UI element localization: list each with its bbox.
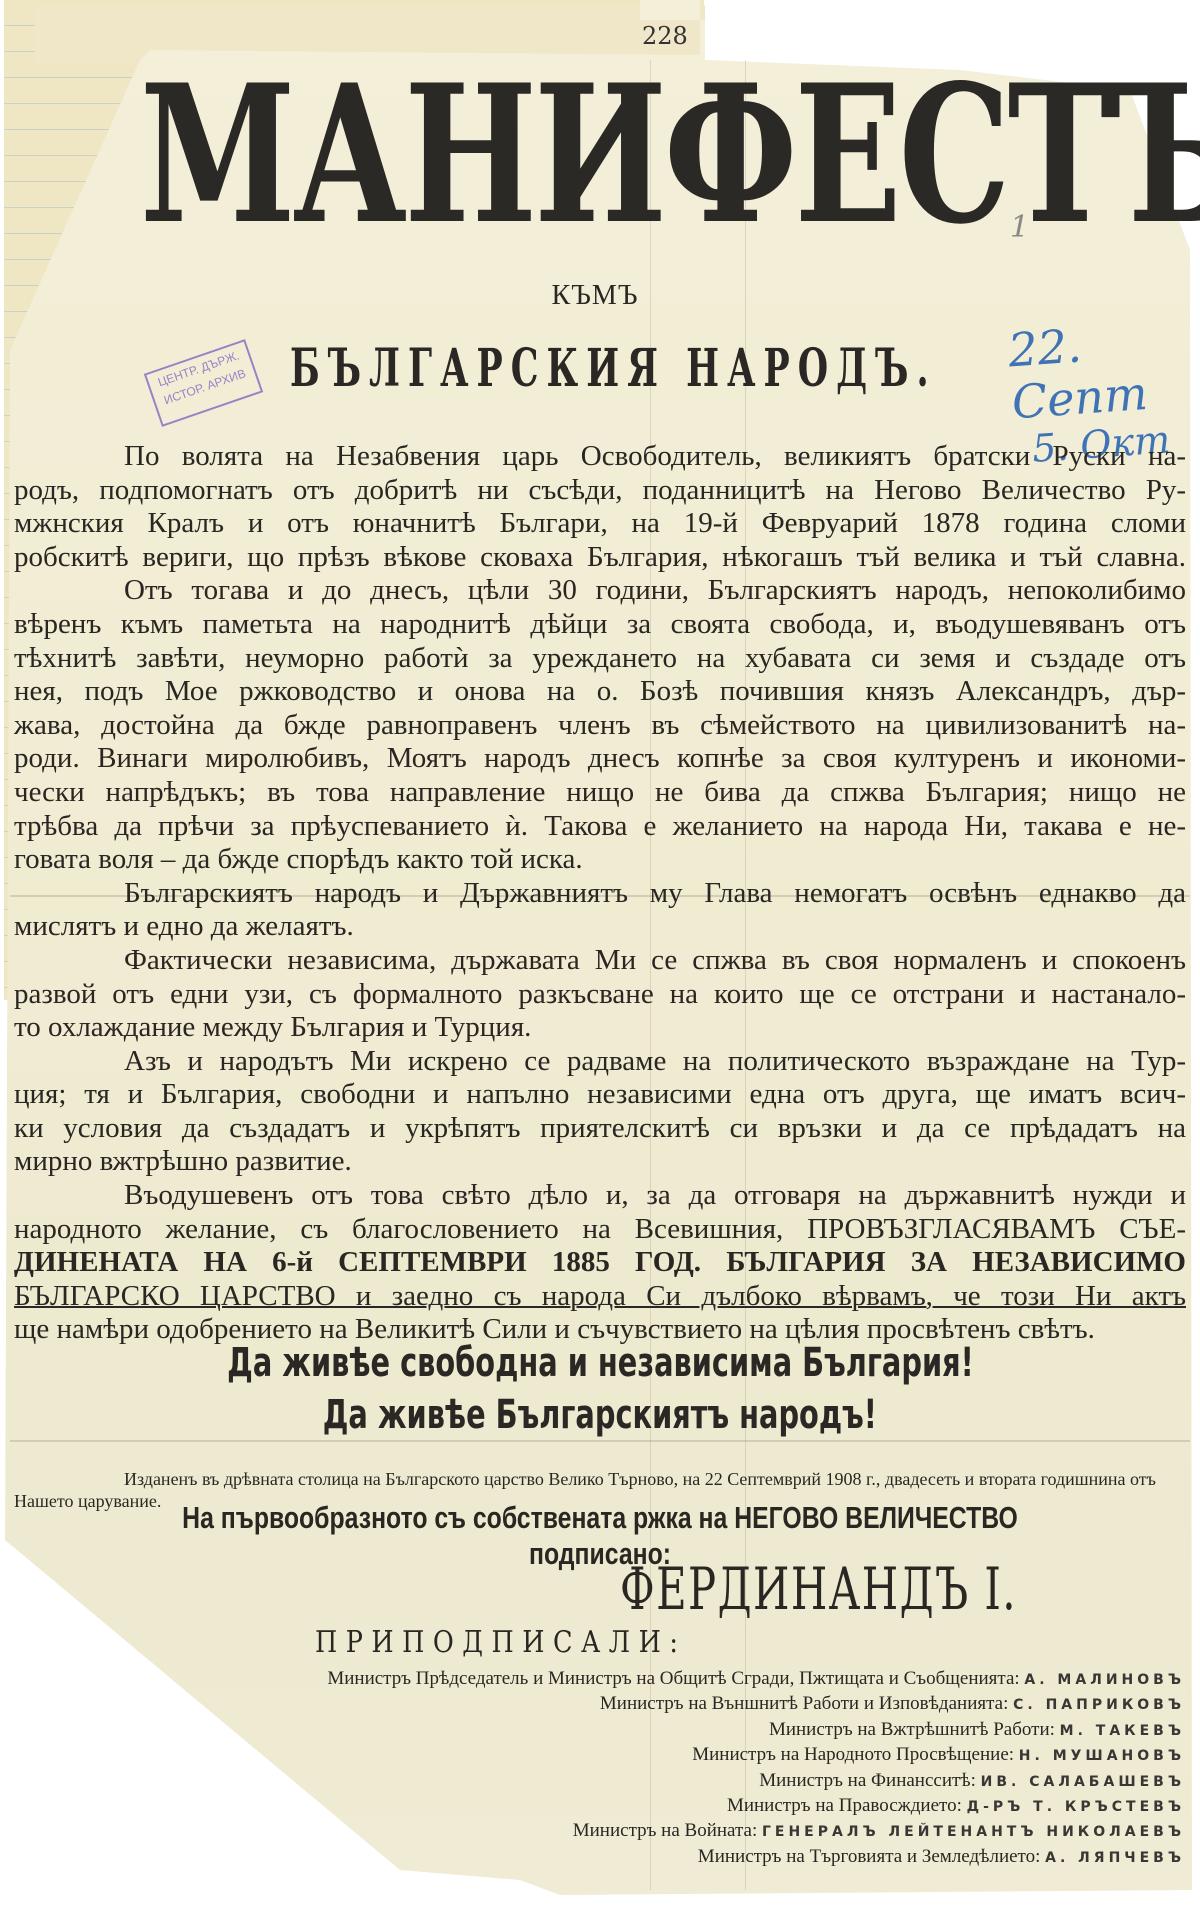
body-line: говата воля – да бжде спорѣдъ както той … xyxy=(14,843,1186,877)
body-line: то охлаждание между България и Турция. xyxy=(14,1011,1186,1045)
handwritten-line: 22. Септ xyxy=(1007,312,1199,429)
monarch-signature: ФЕРДИНАНДЪ I. xyxy=(620,1555,1017,1623)
body-line: развой отъ едни узи, съ формалното разкъ… xyxy=(14,978,1186,1012)
pencil-mark: 1 xyxy=(1010,210,1029,245)
minister-row: Министръ на Народното Просвѣщение: Н. МУ… xyxy=(185,1743,1185,1768)
body-line: народното желание, съ благословението на… xyxy=(14,1213,1186,1247)
title-preposition: КЪМЪ xyxy=(0,280,1200,312)
body-line: мислятъ и едно да желаятъ. xyxy=(14,910,1186,944)
body-line: нея, подъ Мое ржководство и онова на о. … xyxy=(14,675,1186,709)
body-line: По волята на Незабвения царь Освободител… xyxy=(14,440,1186,474)
minister-row: Министръ на Търговията и Земледѣлието: А… xyxy=(185,1845,1185,1870)
minister-name: А. МАЛИНОВЪ xyxy=(1024,1672,1185,1688)
minister-row: Министръ на Външнитѣ Работи и Изповѣдани… xyxy=(185,1692,1185,1717)
ministers-list: Министръ Прѣдседатель и Министръ на Общи… xyxy=(185,1667,1185,1870)
minister-name: Н. МУШАНОВЪ xyxy=(1019,1748,1185,1764)
body-line: ки условия да създадатъ и укрѣпятъ прият… xyxy=(14,1112,1186,1146)
minister-name: А. ЛЯПЧЕВЪ xyxy=(1045,1850,1185,1866)
body-line: жава, достойна да бжде равноправенъ член… xyxy=(14,709,1186,743)
document-subtitle: БЪЛГАРСКИЯ НАРОДЪ. xyxy=(290,338,705,399)
minister-row: Министръ на Финансситѣ: ИВ. САЛАБАШЕВЪ xyxy=(185,1769,1185,1794)
minister-name: ИВ. САЛАБАШЕВЪ xyxy=(981,1774,1185,1790)
body-line: Въодушевенъ отъ това свѣто дѣло и, за да… xyxy=(14,1179,1186,1213)
minister-row: Министръ на Вжтрѣшнитѣ Работи: М. ТАКЕВЪ xyxy=(185,1718,1185,1743)
body-line: ция; тя и България, свободни и напълно н… xyxy=(14,1078,1186,1112)
body-line: робскитѣ вериги, що прѣзъ вѣкове сковаха… xyxy=(14,541,1186,575)
body-line: чески напрѣдъкъ; въ това направление нищ… xyxy=(14,776,1186,810)
body-line: Отъ тогава и до днесъ, цѣли 30 години, Б… xyxy=(14,574,1186,608)
body-line: вѣренъ къмъ паметьта на народнитѣ дѣйци … xyxy=(14,608,1186,642)
countersigned-heading: ПРИПОДПИСАЛИ: xyxy=(315,1625,686,1660)
body-line: тѣхнитѣ завѣти, неуморно работѝ за урежд… xyxy=(14,642,1186,676)
slogan-bulgarian-people: Да живѣе Българскиятъ народъ! xyxy=(0,1392,1200,1438)
body-line: Фактически независима, държавата Ми се с… xyxy=(14,944,1186,978)
manifesto-body: По волята на Незабвения царь Освободител… xyxy=(14,440,1186,1347)
body-line: Българскиятъ народъ и Държавниятъ му Гла… xyxy=(14,877,1186,911)
proclamation-line: ДИНЕНАТА НА 6-й СЕПТЕМВРИ 1885 ГОД. БЪЛГ… xyxy=(14,1246,1186,1280)
document-title: МАНИФЕСТЪ xyxy=(140,50,828,260)
slogan-free-bulgaria: Да живѣе свободна и независима България! xyxy=(0,1340,1200,1386)
signed-statement: На първообразното съ собствената ржка на… xyxy=(0,1500,1200,1572)
minister-row: Министръ Прѣдседатель и Министръ на Общи… xyxy=(185,1667,1185,1692)
fold-crease xyxy=(10,1440,1190,1442)
body-line: мирно вжтрѣшно развитие. xyxy=(14,1145,1186,1179)
minister-row: Министръ на Правосждието: Д-РЪ Т. КРЪСТЕ… xyxy=(185,1794,1185,1819)
minister-row: Министръ на Войната: ГЕНЕРАЛЪ ЛЕЙТЕНАНТЪ… xyxy=(185,1819,1185,1844)
body-line: роди. Винаги миролюбивъ, Моятъ народъ дн… xyxy=(14,742,1186,776)
minister-name: С. ПАПРИКОВЪ xyxy=(1013,1697,1185,1713)
proclamation-line: БЪЛГАРСКО ЦАРСТВО и заедно съ народа Си … xyxy=(14,1280,1186,1314)
body-line: Азъ и народътъ Ми искрено се радваме на … xyxy=(14,1045,1186,1079)
body-line: трѣбва да прѣчи за прѣуспеванието ѝ. Так… xyxy=(14,810,1186,844)
body-line: родъ, подпомогнатъ отъ добритѣ ни съсѣди… xyxy=(14,474,1186,508)
minister-name: ГЕНЕРАЛЪ ЛЕЙТЕНАНТЪ НИКОЛАЕВЪ xyxy=(762,1824,1185,1840)
minister-name: М. ТАКЕВЪ xyxy=(1060,1723,1185,1739)
body-line: мжнския Кралъ и отъ юначнитѣ Българи, на… xyxy=(14,507,1186,541)
minister-name: Д-РЪ Т. КРЪСТЕВЪ xyxy=(967,1799,1185,1815)
